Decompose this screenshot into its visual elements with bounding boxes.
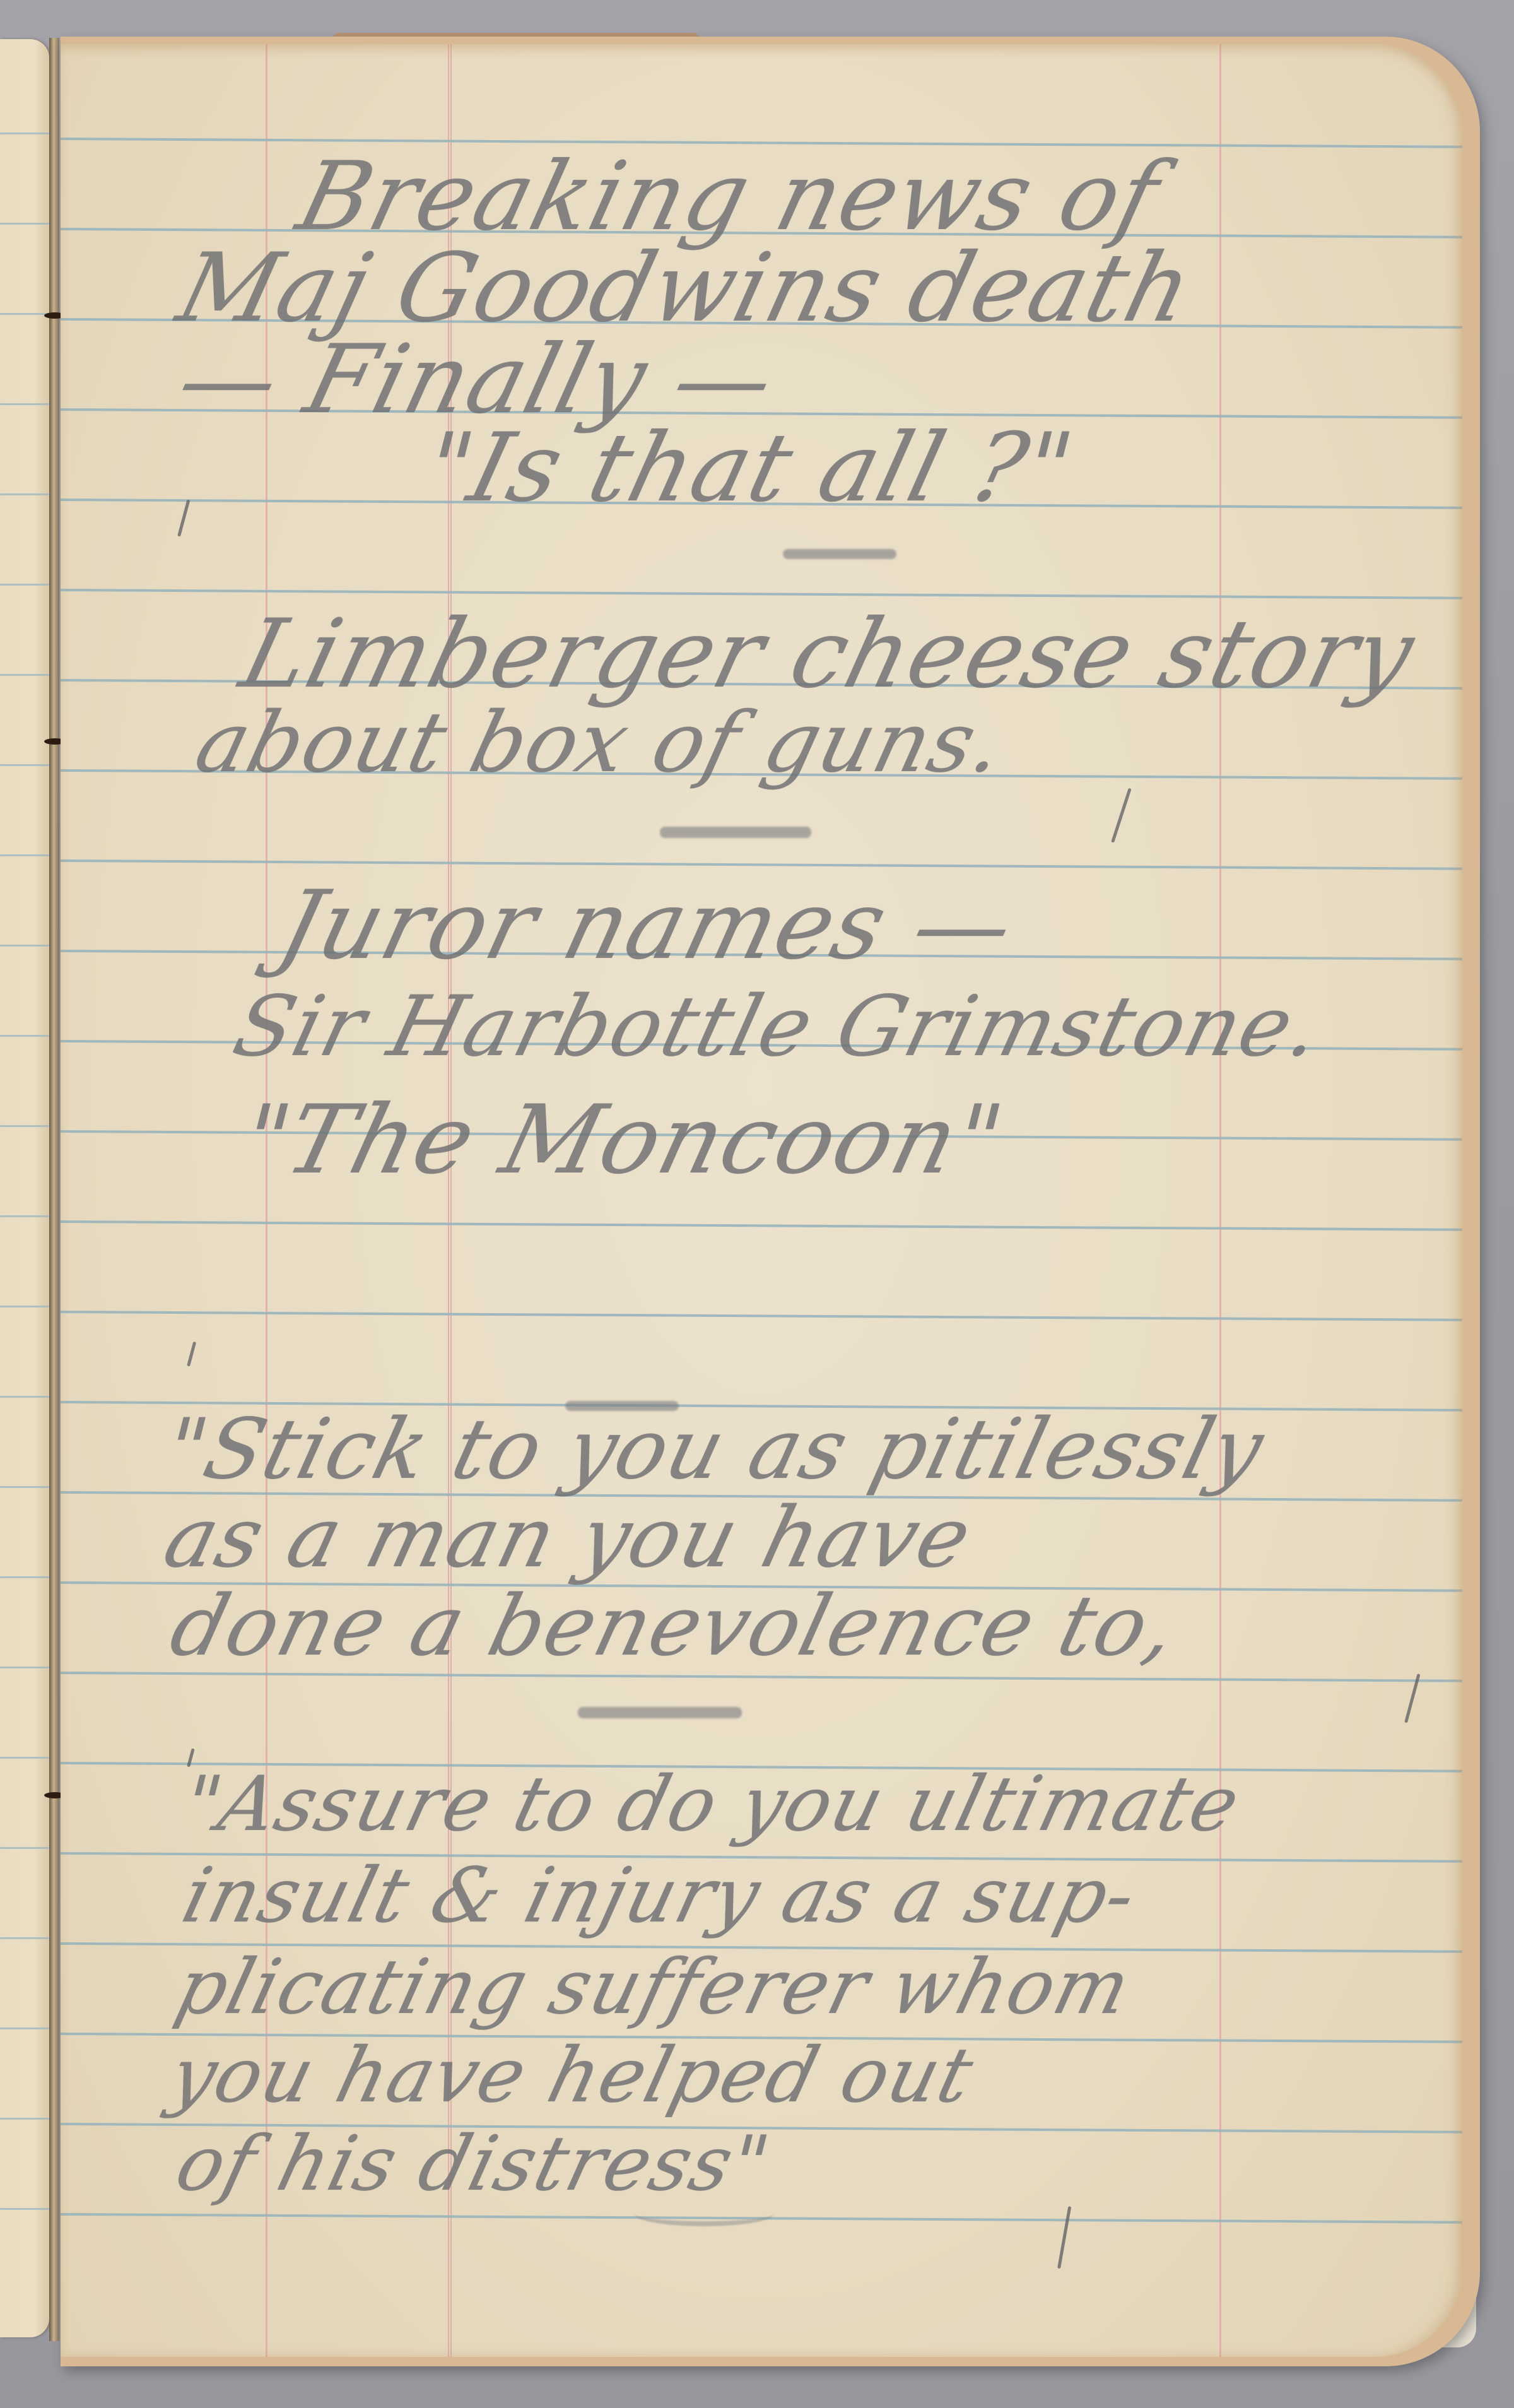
handwriting-line: done a benevolence to, <box>161 1578 1187 1675</box>
ruled-line <box>61 589 1462 599</box>
handwriting-line: of his distress" <box>168 2120 779 2208</box>
handwriting-line: insult & injury as a sup- <box>174 1852 1146 1940</box>
handwriting-line: about box of guns. <box>187 694 1014 791</box>
handwriting-line: "Is that all ?" <box>414 413 1084 523</box>
entry-tick-mark <box>1057 2206 1071 2269</box>
closing-flourish <box>635 2202 773 2226</box>
handwriting-line: Juror names — <box>269 871 1025 981</box>
entry-tick-mark <box>1111 788 1132 843</box>
handwriting-line: Sir Harbottle Grimstone. <box>225 978 1332 1075</box>
handwriting-line: as a man you have <box>155 1489 982 1586</box>
ruled-line <box>61 1220 1462 1231</box>
binding-gutter <box>49 38 59 2341</box>
handwriting-line: Limberger cheese story <box>231 599 1425 709</box>
handwriting-line: "The Moncoon" <box>231 1085 1014 1195</box>
handwriting-line: "Assure to do you ultimate <box>174 1761 1249 1848</box>
scan-background: Breaking news of Maj Goodwins death — Fi… <box>0 0 1514 2408</box>
handwriting-line: you have helped out <box>161 2032 982 2120</box>
ruled-line <box>61 859 1462 870</box>
notebook-page: Breaking news of Maj Goodwins death — Fi… <box>61 44 1462 2357</box>
handwriting-line: "Stick to you as pitilessly <box>155 1401 1274 1498</box>
margin-line-right <box>1219 44 1221 2357</box>
entry-tick-mark <box>187 1342 196 1367</box>
previous-page-edge <box>0 39 49 2337</box>
ruled-line <box>61 1311 1462 1321</box>
separator-dash <box>578 1707 742 1718</box>
handwriting-line: plicating sufferer whom <box>168 1944 1139 2031</box>
entry-tick-mark <box>177 499 190 536</box>
separator-dash <box>660 827 811 838</box>
separator-dash <box>783 549 896 559</box>
